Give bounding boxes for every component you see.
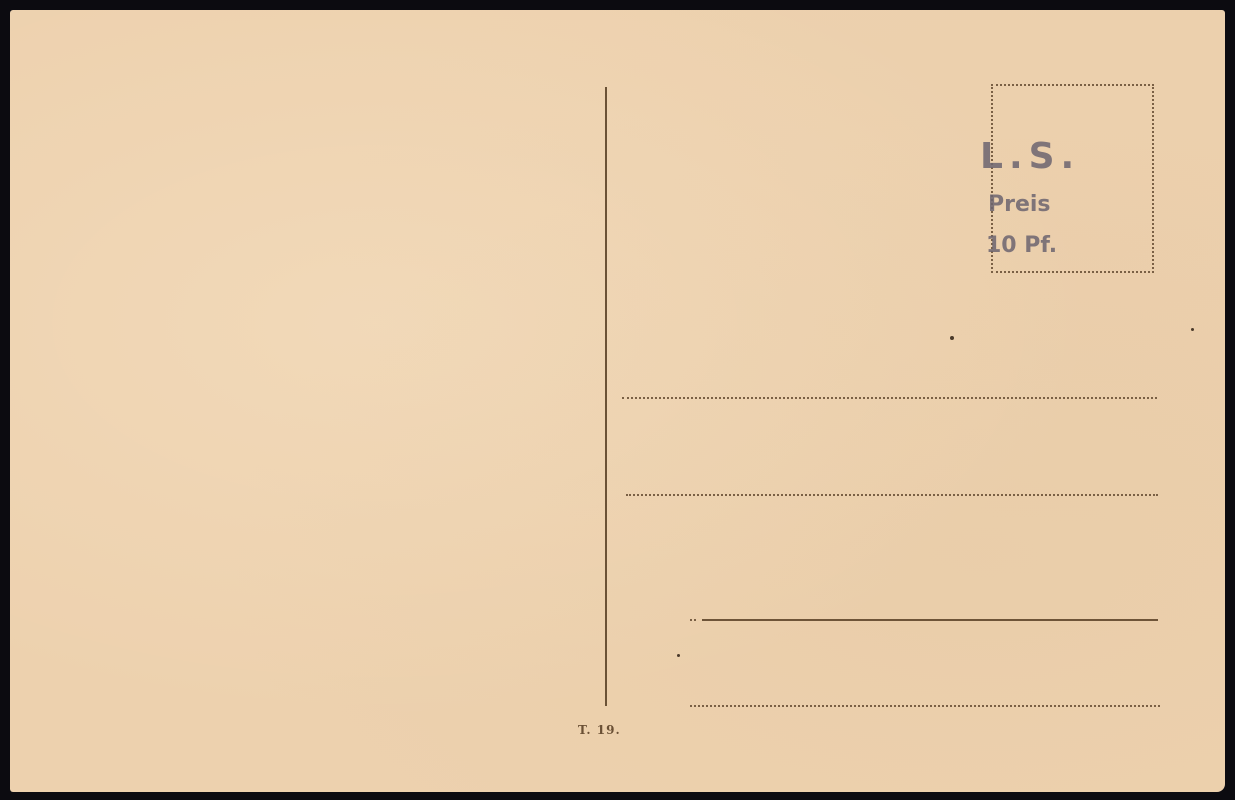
address-line-4 [690,705,1160,707]
address-line-3-tick [690,619,696,621]
address-line-2 [626,494,1158,496]
address-line-3 [702,619,1158,621]
paper-speck [950,336,954,340]
stamp-mark: L.S. [980,136,1080,177]
paper-speck [1191,328,1194,331]
card-code: T. 19. [578,723,621,737]
center-divider [605,87,607,706]
stamp-price-label: Preis [988,192,1051,217]
paper-speck [677,654,680,657]
postcard: T. 19. [10,10,1225,792]
address-line-1 [622,397,1157,399]
stamp-price-value: 10 Pf. [986,233,1057,258]
